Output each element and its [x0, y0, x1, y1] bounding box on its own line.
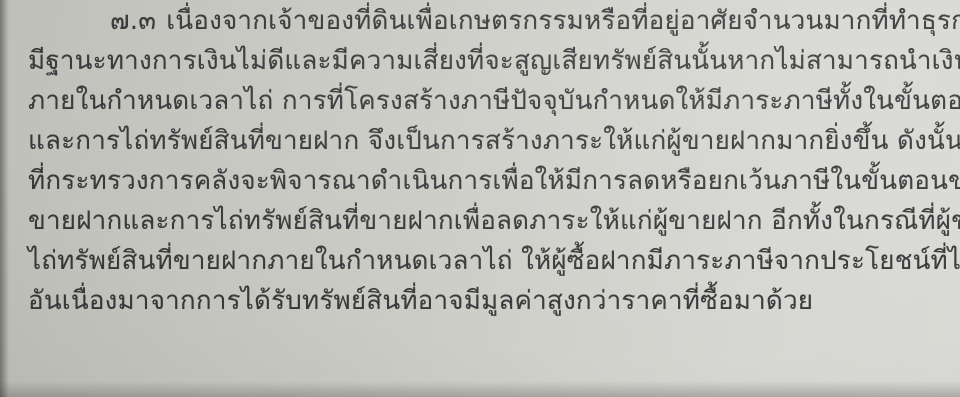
paragraph-section-7-3: ๗.๓เนื่องจากเจ้าของที่ดินเพื่อเกษตรกรรมห…	[28, 1, 936, 321]
paragraph-line: ไถ่ทรัพย์สินที่ขายฝากภายในกำหนดเวลาไถ่ ใ…	[28, 241, 936, 281]
paragraph-line: และการไถ่ทรัพย์สินที่ขายฝาก จึงเป็นการสร…	[28, 121, 936, 161]
paragraph-line: มีฐานะทางการเงินไม่ดีและมีความเสี่ยงที่จ…	[28, 41, 936, 81]
paragraph-line-text: เนื่องจากเจ้าของที่ดินเพื่อเกษตรกรรมหรือ…	[166, 6, 960, 36]
section-number: ๗.๓	[28, 6, 166, 36]
document-page: ๗.๓เนื่องจากเจ้าของที่ดินเพื่อเกษตรกรรมห…	[0, 0, 960, 397]
paragraph-line: อันเนื่องมาจากการได้รับทรัพย์สินที่อาจมี…	[28, 281, 936, 321]
paragraph-line: ภายในกำหนดเวลาไถ่ การที่โครงสร้างภาษีปัจ…	[28, 81, 936, 121]
paragraph-line: ขายฝากและการไถ่ทรัพย์สินที่ขายฝากเพื่อลด…	[28, 201, 936, 241]
paragraph-line: ที่กระทรวงการคลังจะพิจารณาดำเนินการเพื่อ…	[28, 161, 936, 201]
paragraph-line: ๗.๓เนื่องจากเจ้าของที่ดินเพื่อเกษตรกรรมห…	[28, 1, 936, 41]
